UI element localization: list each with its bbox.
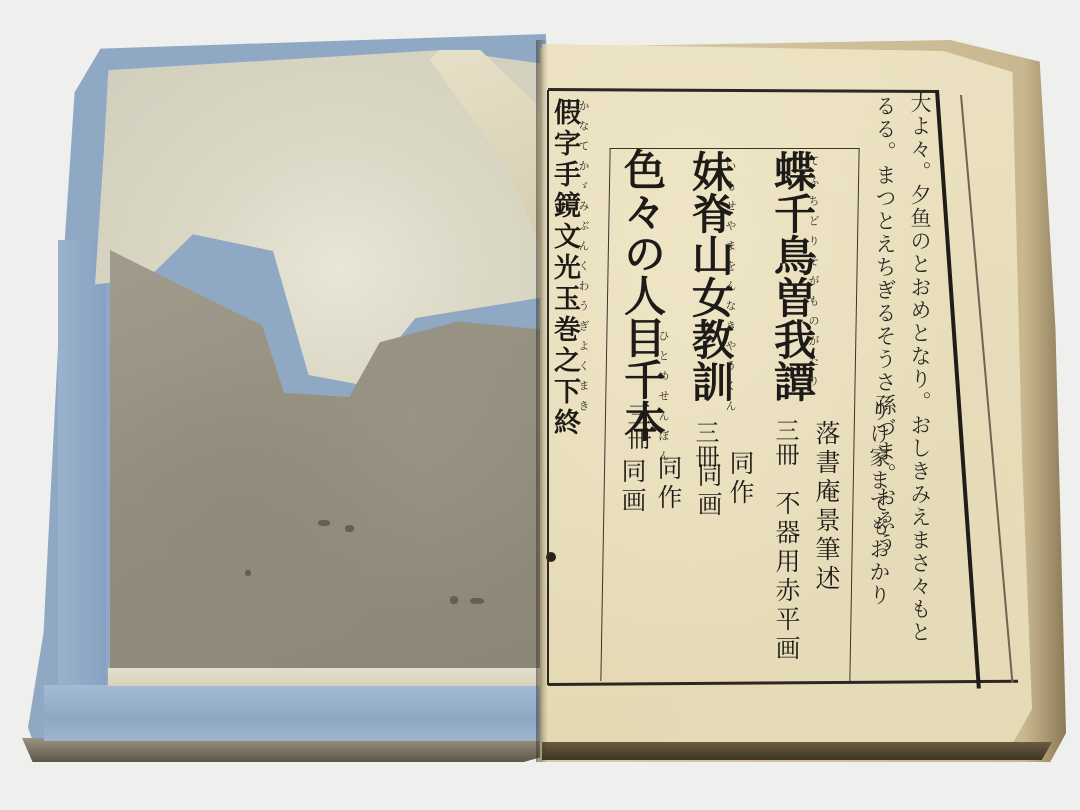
title-3-volumes: 三冊: [620, 402, 655, 450]
paper-fiber-stain: [450, 596, 458, 604]
left-blue-side-strip: [58, 240, 106, 700]
title-2-ruby: いもせやまをんなきやうくん: [722, 160, 738, 420]
paper-fiber-stain: [245, 570, 251, 576]
title-3-author: 同作: [650, 455, 686, 513]
title-2-author: 同作: [722, 450, 758, 508]
colophon-ruby: かなてかゞみぶんくわうぎよくまき: [575, 100, 591, 420]
title-1-author: 落書庵景筆述: [808, 420, 844, 594]
title-2-illustrator: 同画: [690, 462, 726, 520]
title-2-volumes: 三冊: [688, 420, 723, 468]
left-cover-bottom-edge: [22, 738, 550, 762]
title-3-illustrator: 同画: [614, 458, 650, 516]
open-book: 假字手鏡文光玉巻之下終 かなてかゞみぶんくわうぎよくまき 蝶千鳥曽我譚 てふちど…: [0, 0, 1080, 810]
title-1-ruby: てふちどりそがものがたり: [805, 155, 821, 395]
title-1-volumes: 三冊: [768, 418, 803, 466]
left-endpaper-fold: [108, 668, 544, 686]
title-1-illustrator: 不器用赤平画: [768, 490, 804, 664]
title-3-ruby: ひとめせんぼん: [655, 330, 671, 470]
paper-fiber-stain: [345, 525, 354, 532]
kana-line-1: 大よ々。夕鱼のとおめとなり。おしきみえまさ々もと: [905, 92, 935, 644]
right-page-bottom-edge: [542, 742, 1052, 760]
paper-fiber-stain: [470, 598, 484, 604]
paper-fiber-stain: [318, 520, 330, 526]
left-blue-bottom-strip: [44, 685, 544, 741]
kana-line-3: りけ家まてもおかり: [864, 400, 894, 607]
